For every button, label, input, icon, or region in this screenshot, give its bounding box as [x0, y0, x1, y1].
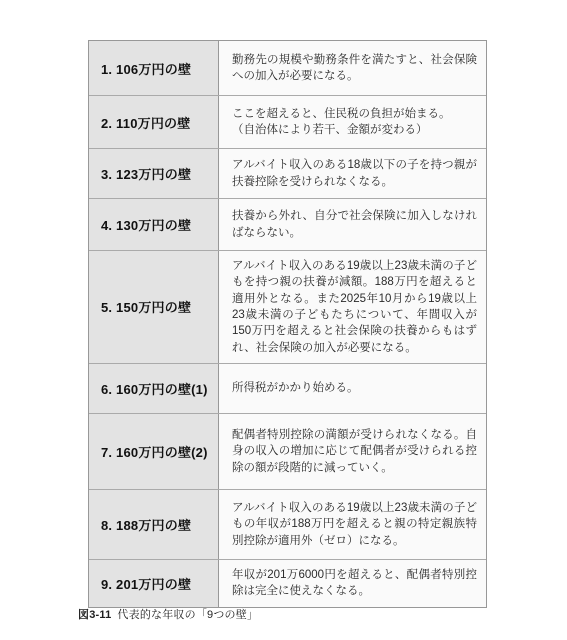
wall-label-cell: 7. 160万円の壁(2): [89, 414, 219, 489]
wall-label-cell: 6. 160万円の壁(1): [89, 364, 219, 413]
table-row: 1. 106万円の壁 勤務先の規模や勤務条件を満たすと、社会保険への加入が必要に…: [89, 41, 486, 95]
wall-description-cell: 勤務先の規模や勤務条件を満たすと、社会保険への加入が必要になる。: [219, 41, 486, 95]
figure-caption: 図3-11代表的な年収の「9つの壁」: [78, 606, 258, 622]
income-walls-table: 1. 106万円の壁 勤務先の規模や勤務条件を満たすと、社会保険への加入が必要に…: [88, 40, 487, 608]
wall-description-cell: アルバイト収入のある19歳以上23歳未満の子どもを持つ親の扶養が減額。188万円…: [219, 251, 486, 363]
wall-label-cell: 5. 150万円の壁: [89, 251, 219, 363]
table-row: 8. 188万円の壁 アルバイト収入のある19歳以上23歳未満の子どもの年収が1…: [89, 489, 486, 559]
table-row: 2. 110万円の壁 ここを超えると、住民税の負担が始まる。 （自治体により若干…: [89, 95, 486, 148]
table-row: 3. 123万円の壁 アルバイト収入のある18歳以下の子を持つ親が扶養控除を受け…: [89, 148, 486, 198]
table-row: 9. 201万円の壁 年収が201万6000円を超えると、配偶者特別控除は完全に…: [89, 559, 486, 607]
figure-caption-text: 代表的な年収の「9つの壁」: [117, 609, 258, 621]
table-row: 6. 160万円の壁(1) 所得税がかかり始める。: [89, 363, 486, 413]
figure-number: 図3-11: [78, 609, 111, 621]
wall-description-cell: アルバイト収入のある18歳以下の子を持つ親が扶養控除を受けられなくなる。: [219, 149, 486, 198]
table-row: 5. 150万円の壁 アルバイト収入のある19歳以上23歳未満の子どもを持つ親の…: [89, 250, 486, 363]
wall-description-cell: 配偶者特別控除の満額が受けられなくなる。自身の収入の増加に応じて配偶者が受けられ…: [219, 414, 486, 489]
wall-description-cell: 所得税がかかり始める。: [219, 364, 486, 413]
wall-label-cell: 1. 106万円の壁: [89, 41, 219, 95]
wall-description-cell: ここを超えると、住民税の負担が始まる。 （自治体により若干、金額が変わる）: [219, 96, 486, 148]
wall-label-cell: 8. 188万円の壁: [89, 490, 219, 559]
wall-label-cell: 3. 123万円の壁: [89, 149, 219, 198]
table-row: 7. 160万円の壁(2) 配偶者特別控除の満額が受けられなくなる。自身の収入の…: [89, 413, 486, 489]
wall-description-cell: 扶養から外れ、自分で社会保険に加入しなければならない。: [219, 199, 486, 250]
wall-label-cell: 2. 110万円の壁: [89, 96, 219, 148]
wall-label-cell: 4. 130万円の壁: [89, 199, 219, 250]
wall-description-cell: アルバイト収入のある19歳以上23歳未満の子どもの年収が188万円を超えると親の…: [219, 490, 486, 559]
wall-label-cell: 9. 201万円の壁: [89, 560, 219, 607]
wall-description-cell: 年収が201万6000円を超えると、配偶者特別控除は完全に使えなくなる。: [219, 560, 486, 607]
table-row: 4. 130万円の壁 扶養から外れ、自分で社会保険に加入しなければならない。: [89, 198, 486, 250]
book-page: 1. 106万円の壁 勤務先の規模や勤務条件を満たすと、社会保険への加入が必要に…: [0, 0, 567, 640]
